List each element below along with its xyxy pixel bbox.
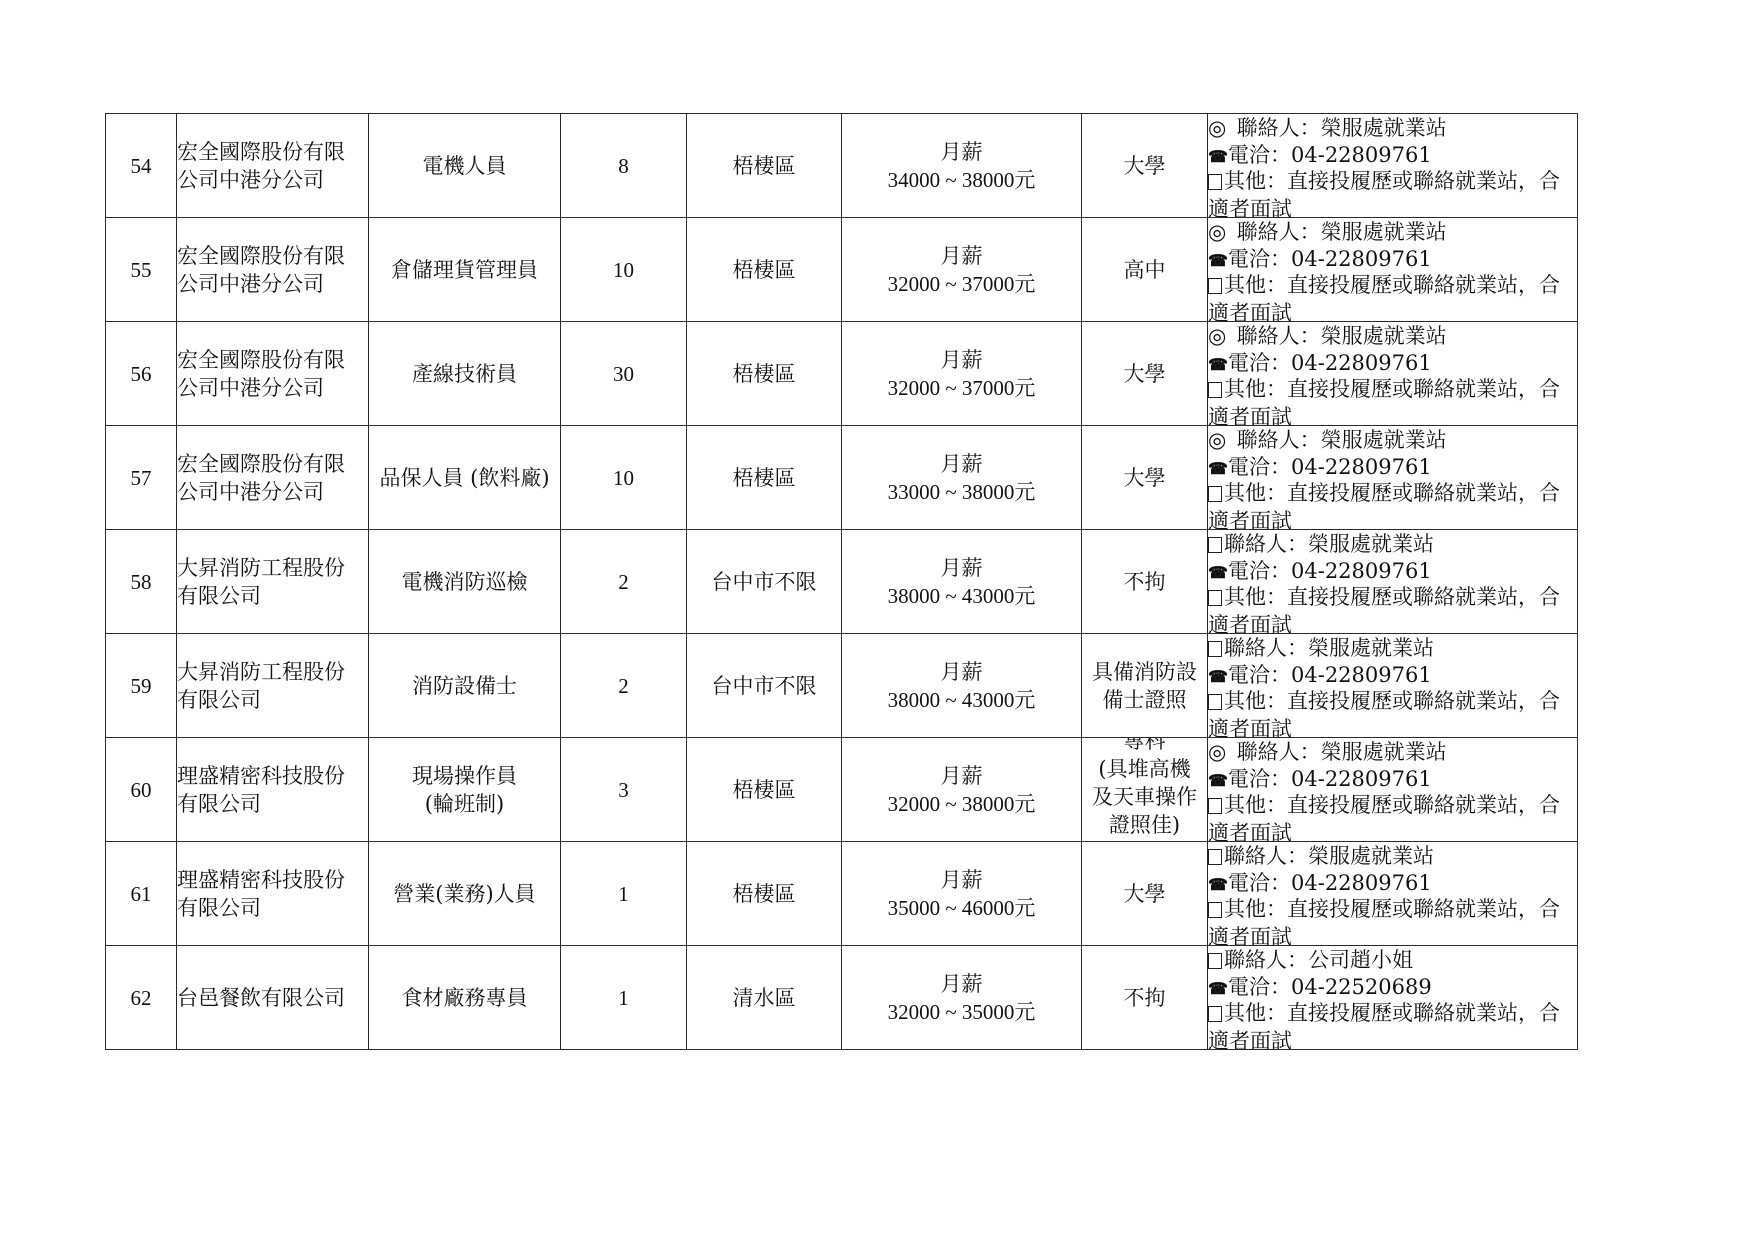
company-name-line: 有限公司 <box>177 686 368 714</box>
contact-person-line: ◎ 聯絡人：榮服處就業站 <box>1208 218 1577 245</box>
salary-range: 32000 ~ 35000元 <box>842 998 1081 1026</box>
salary: 月薪34000 ~ 38000元 <box>842 114 1082 218</box>
phone-line: ☎電洽：04-22809761 <box>1208 869 1577 896</box>
table-body: 54 宏全國際股份有限公司中港分公司 電機人員 8 梧棲區 月薪34000 ~ … <box>106 114 1578 1050</box>
job-title: 消防設備士 <box>369 634 561 738</box>
company-name: 宏全國際股份有限公司中港分公司 <box>177 114 369 218</box>
row-number: 56 <box>106 322 177 426</box>
opening-count: 10 <box>561 426 687 530</box>
job-title-line: 產線技術員 <box>369 360 560 388</box>
other-instructions: 其他：直接投履歷或聯絡就業站，合適者面試 <box>1208 793 1560 841</box>
phone-number: 電洽：04-22809761 <box>1228 351 1432 375</box>
job-listings-table: 54 宏全國際股份有限公司中港分公司 電機人員 8 梧棲區 月薪34000 ~ … <box>105 113 1578 1050</box>
company-name-line: 公司中港分公司 <box>177 270 368 298</box>
other-instructions: 其他：直接投履歷或聯絡就業站，合適者面試 <box>1208 481 1560 529</box>
education-line: 大學 <box>1082 360 1207 388</box>
opening-count: 10 <box>561 218 687 322</box>
education-requirement: 不拘 <box>1082 530 1208 634</box>
job-title: 營業(業務)人員 <box>369 842 561 946</box>
bullseye-icon: ◎ <box>1208 322 1230 349</box>
contact-info: 聯絡人：公司趙小姐☎電洽：04-22520689其他：直接投履歷或聯絡就業站，合… <box>1208 946 1578 1050</box>
work-area: 台中市不限 <box>687 530 842 634</box>
job-title-line: 電機消防巡檢 <box>369 568 560 596</box>
checkbox-icon <box>1208 590 1222 606</box>
contact-person-line: ◎ 聯絡人：榮服處就業站 <box>1208 114 1577 141</box>
phone-icon: ☎ <box>1208 975 1228 1000</box>
table-row: 59 大昇消防工程股份有限公司 消防設備士 2 台中市不限 月薪38000 ~ … <box>106 634 1578 738</box>
salary-label: 月薪 <box>842 242 1081 270</box>
contact-info: ◎ 聯絡人：榮服處就業站☎電洽：04-22809761其他：直接投履歷或聯絡就業… <box>1208 114 1578 218</box>
phone-line: ☎電洽：04-22520689 <box>1208 973 1577 1000</box>
row-number: 55 <box>106 218 177 322</box>
phone-icon: ☎ <box>1208 871 1228 896</box>
checkbox-icon <box>1208 486 1222 502</box>
salary-range: 32000 ~ 37000元 <box>842 374 1081 402</box>
salary: 月薪38000 ~ 43000元 <box>842 634 1082 738</box>
salary: 月薪32000 ~ 35000元 <box>842 946 1082 1050</box>
salary: 月薪38000 ~ 43000元 <box>842 530 1082 634</box>
salary-range: 32000 ~ 37000元 <box>842 270 1081 298</box>
company-name-line: 台邑餐飲有限公司 <box>177 984 368 1012</box>
contact-info: ◎ 聯絡人：榮服處就業站☎電洽：04-22809761其他：直接投履歷或聯絡就業… <box>1208 322 1578 426</box>
phone-number: 電洽：04-22809761 <box>1228 871 1432 895</box>
salary-label: 月薪 <box>842 762 1081 790</box>
contact-info: 聯絡人：榮服處就業站☎電洽：04-22809761其他：直接投履歷或聯絡就業站，… <box>1208 530 1578 634</box>
salary-label: 月薪 <box>842 970 1081 998</box>
contact-info: ◎ 聯絡人：榮服處就業站☎電洽：04-22809761其他：直接投履歷或聯絡就業… <box>1208 426 1578 530</box>
salary: 月薪32000 ~ 37000元 <box>842 322 1082 426</box>
job-title: 電機消防巡檢 <box>369 530 561 634</box>
contact-person-line: ◎ 聯絡人：榮服處就業站 <box>1208 738 1577 765</box>
other-instructions: 其他：直接投履歷或聯絡就業站，合適者面試 <box>1208 689 1560 737</box>
company-name: 大昇消防工程股份有限公司 <box>177 530 369 634</box>
job-title-line: 營業(業務)人員 <box>369 880 560 908</box>
phone-number: 電洽：04-22809761 <box>1228 143 1432 167</box>
other-instructions-line: 其他：直接投履歷或聯絡就業站，合適者面試 <box>1208 375 1577 425</box>
salary-label: 月薪 <box>842 658 1081 686</box>
row-number: 58 <box>106 530 177 634</box>
other-instructions: 其他：直接投履歷或聯絡就業站，合適者面試 <box>1208 377 1560 425</box>
opening-count: 2 <box>561 530 687 634</box>
other-instructions: 其他：直接投履歷或聯絡就業站，合適者面試 <box>1208 1001 1560 1049</box>
contact-person: 聯絡人：榮服處就業站 <box>1230 116 1447 140</box>
row-number: 54 <box>106 114 177 218</box>
other-instructions-line: 其他：直接投履歷或聯絡就業站，合適者面試 <box>1208 583 1577 633</box>
contact-info: ◎ 聯絡人：榮服處就業站☎電洽：04-22809761其他：直接投履歷或聯絡就業… <box>1208 218 1578 322</box>
other-instructions-line: 其他：直接投履歷或聯絡就業站，合適者面試 <box>1208 999 1577 1049</box>
salary-range: 32000 ~ 38000元 <box>842 790 1081 818</box>
table-row: 55 宏全國際股份有限公司中港分公司 倉儲理貨管理員 10 梧棲區 月薪3200… <box>106 218 1578 322</box>
bullseye-icon: ◎ <box>1208 738 1230 765</box>
phone-line: ☎電洽：04-22809761 <box>1208 765 1577 792</box>
phone-line: ☎電洽：04-22809761 <box>1208 141 1577 168</box>
education-line: 不拘 <box>1082 568 1207 596</box>
contact-person-line: ◎ 聯絡人：榮服處就業站 <box>1208 426 1577 453</box>
salary: 月薪32000 ~ 38000元 <box>842 738 1082 842</box>
work-area: 清水區 <box>687 946 842 1050</box>
other-instructions: 其他：直接投履歷或聯絡就業站，合適者面試 <box>1208 169 1560 217</box>
work-area: 台中市不限 <box>687 634 842 738</box>
education-line: (具堆高機 <box>1082 755 1207 783</box>
opening-count: 3 <box>561 738 687 842</box>
work-area: 梧棲區 <box>687 426 842 530</box>
contact-person: 聯絡人：公司趙小姐 <box>1224 948 1413 972</box>
phone-line: ☎電洽：04-22809761 <box>1208 557 1577 584</box>
phone-number: 電洽：04-22809761 <box>1228 559 1432 583</box>
opening-count: 2 <box>561 634 687 738</box>
job-title: 現場操作員(輪班制) <box>369 738 561 842</box>
row-number: 60 <box>106 738 177 842</box>
education-line: 證照佳) <box>1082 811 1207 839</box>
phone-icon: ☎ <box>1208 663 1228 688</box>
education-line: 專科 <box>1082 738 1207 755</box>
salary-label: 月薪 <box>842 346 1081 374</box>
salary-range: 35000 ~ 46000元 <box>842 894 1081 922</box>
contact-person-line: 聯絡人：公司趙小姐 <box>1208 946 1577 973</box>
phone-icon: ☎ <box>1208 455 1228 480</box>
checkbox-icon <box>1208 382 1222 398</box>
other-instructions: 其他：直接投履歷或聯絡就業站，合適者面試 <box>1208 585 1560 633</box>
phone-line: ☎電洽：04-22809761 <box>1208 453 1577 480</box>
other-instructions-line: 其他：直接投履歷或聯絡就業站，合適者面試 <box>1208 895 1577 945</box>
bullseye-icon: ◎ <box>1208 114 1230 141</box>
contact-person: 聯絡人：榮服處就業站 <box>1230 740 1447 764</box>
other-instructions-line: 其他：直接投履歷或聯絡就業站，合適者面試 <box>1208 167 1577 217</box>
company-name-line: 大昇消防工程股份 <box>177 554 368 582</box>
other-instructions: 其他：直接投履歷或聯絡就業站，合適者面試 <box>1208 897 1560 945</box>
table-row: 54 宏全國際股份有限公司中港分公司 電機人員 8 梧棲區 月薪34000 ~ … <box>106 114 1578 218</box>
company-name-line: 有限公司 <box>177 790 368 818</box>
checkbox-icon <box>1208 694 1222 710</box>
job-title-line: 電機人員 <box>369 152 560 180</box>
job-title-line: 現場操作員 <box>369 762 560 790</box>
table-row: 57 宏全國際股份有限公司中港分公司 品保人員 (飲料廠) 10 梧棲區 月薪3… <box>106 426 1578 530</box>
company-name-line: 有限公司 <box>177 894 368 922</box>
education-requirement: 大學 <box>1082 842 1208 946</box>
checkbox-icon <box>1208 641 1222 657</box>
work-area: 梧棲區 <box>687 322 842 426</box>
checkbox-icon <box>1208 174 1222 190</box>
company-name: 台邑餐飲有限公司 <box>177 946 369 1050</box>
other-instructions-line: 其他：直接投履歷或聯絡就業站，合適者面試 <box>1208 271 1577 321</box>
company-name-line: 理盛精密科技股份 <box>177 866 368 894</box>
contact-person: 聯絡人：榮服處就業站 <box>1224 844 1434 868</box>
salary-range: 38000 ~ 43000元 <box>842 582 1081 610</box>
phone-number: 電洽：04-22520689 <box>1228 975 1432 999</box>
education-requirement: 不拘 <box>1082 946 1208 1050</box>
salary-label: 月薪 <box>842 450 1081 478</box>
checkbox-icon <box>1208 1006 1222 1022</box>
company-name: 宏全國際股份有限公司中港分公司 <box>177 218 369 322</box>
company-name: 理盛精密科技股份有限公司 <box>177 842 369 946</box>
other-instructions: 其他：直接投履歷或聯絡就業站，合適者面試 <box>1208 273 1560 321</box>
phone-line: ☎電洽：04-22809761 <box>1208 661 1577 688</box>
table-row: 62 台邑餐飲有限公司 食材廠務專員 1 清水區 月薪32000 ~ 35000… <box>106 946 1578 1050</box>
phone-line: ☎電洽：04-22809761 <box>1208 349 1577 376</box>
checkbox-icon <box>1208 849 1222 865</box>
salary-label: 月薪 <box>842 866 1081 894</box>
company-name-line: 大昇消防工程股份 <box>177 658 368 686</box>
phone-number: 電洽：04-22809761 <box>1228 455 1432 479</box>
education-line: 及天車操作 <box>1082 783 1207 811</box>
education-line: 高中 <box>1082 256 1207 284</box>
company-name-line: 理盛精密科技股份 <box>177 762 368 790</box>
other-instructions-line: 其他：直接投履歷或聯絡就業站，合適者面試 <box>1208 479 1577 529</box>
phone-number: 電洽：04-22809761 <box>1228 767 1432 791</box>
company-name: 宏全國際股份有限公司中港分公司 <box>177 426 369 530</box>
company-name: 理盛精密科技股份有限公司 <box>177 738 369 842</box>
bullseye-icon: ◎ <box>1208 426 1230 453</box>
work-area: 梧棲區 <box>687 842 842 946</box>
contact-info: 聯絡人：榮服處就業站☎電洽：04-22809761其他：直接投履歷或聯絡就業站，… <box>1208 842 1578 946</box>
job-title: 食材廠務專員 <box>369 946 561 1050</box>
other-instructions-line: 其他：直接投履歷或聯絡就業站，合適者面試 <box>1208 791 1577 841</box>
opening-count: 8 <box>561 114 687 218</box>
contact-person-line: 聯絡人：榮服處就業站 <box>1208 842 1577 869</box>
job-title-line: 食材廠務專員 <box>369 984 560 1012</box>
contact-person: 聯絡人：榮服處就業站 <box>1230 220 1447 244</box>
company-name-line: 宏全國際股份有限 <box>177 138 368 166</box>
row-number: 59 <box>106 634 177 738</box>
job-title: 品保人員 (飲料廠) <box>369 426 561 530</box>
contact-person: 聯絡人：榮服處就業站 <box>1230 324 1447 348</box>
education-line: 具備消防設 <box>1082 658 1207 686</box>
education-line: 大學 <box>1082 464 1207 492</box>
contact-info: 聯絡人：榮服處就業站☎電洽：04-22809761其他：直接投履歷或聯絡就業站，… <box>1208 634 1578 738</box>
phone-icon: ☎ <box>1208 143 1228 168</box>
job-title: 倉儲理貨管理員 <box>369 218 561 322</box>
salary-range: 34000 ~ 38000元 <box>842 166 1081 194</box>
salary-range: 33000 ~ 38000元 <box>842 478 1081 506</box>
job-title-line: 品保人員 (飲料廠) <box>369 464 560 492</box>
job-title-line: 消防設備士 <box>369 672 560 700</box>
checkbox-icon <box>1208 537 1222 553</box>
table-row: 56 宏全國際股份有限公司中港分公司 產線技術員 30 梧棲區 月薪32000 … <box>106 322 1578 426</box>
salary: 月薪33000 ~ 38000元 <box>842 426 1082 530</box>
education-requirement: 大學 <box>1082 114 1208 218</box>
company-name-line: 宏全國際股份有限 <box>177 450 368 478</box>
salary: 月薪35000 ~ 46000元 <box>842 842 1082 946</box>
work-area: 梧棲區 <box>687 114 842 218</box>
row-number: 61 <box>106 842 177 946</box>
job-title-line: 倉儲理貨管理員 <box>369 256 560 284</box>
contact-info: ◎ 聯絡人：榮服處就業站☎電洽：04-22809761其他：直接投履歷或聯絡就業… <box>1208 738 1578 842</box>
company-name-line: 公司中港分公司 <box>177 478 368 506</box>
salary: 月薪32000 ~ 37000元 <box>842 218 1082 322</box>
table-row: 61 理盛精密科技股份有限公司 營業(業務)人員 1 梧棲區 月薪35000 ~… <box>106 842 1578 946</box>
phone-icon: ☎ <box>1208 559 1228 584</box>
table-row: 60 理盛精密科技股份有限公司 現場操作員(輪班制) 3 梧棲區 月薪32000… <box>106 738 1578 842</box>
checkbox-icon <box>1208 902 1222 918</box>
education-line: 大學 <box>1082 152 1207 180</box>
education-line: 大學 <box>1082 880 1207 908</box>
table-row: 58 大昇消防工程股份有限公司 電機消防巡檢 2 台中市不限 月薪38000 ~… <box>106 530 1578 634</box>
opening-count: 1 <box>561 842 687 946</box>
company-name-line: 有限公司 <box>177 582 368 610</box>
opening-count: 30 <box>561 322 687 426</box>
opening-count: 1 <box>561 946 687 1050</box>
work-area: 梧棲區 <box>687 218 842 322</box>
bullseye-icon: ◎ <box>1208 218 1230 245</box>
education-line: 不拘 <box>1082 984 1207 1012</box>
education-requirement: 大學 <box>1082 322 1208 426</box>
education-requirement: 大學 <box>1082 426 1208 530</box>
phone-line: ☎電洽：04-22809761 <box>1208 245 1577 272</box>
contact-person: 聯絡人：榮服處就業站 <box>1230 428 1447 452</box>
work-area: 梧棲區 <box>687 738 842 842</box>
education-requirement: 專科(具堆高機及天車操作證照佳) <box>1082 738 1208 842</box>
job-title-line: (輪班制) <box>369 790 560 818</box>
contact-person: 聯絡人：榮服處就業站 <box>1224 532 1434 556</box>
education-requirement: 高中 <box>1082 218 1208 322</box>
company-name-line: 公司中港分公司 <box>177 166 368 194</box>
row-number: 62 <box>106 946 177 1050</box>
job-title: 產線技術員 <box>369 322 561 426</box>
phone-icon: ☎ <box>1208 351 1228 376</box>
company-name-line: 公司中港分公司 <box>177 374 368 402</box>
salary-range: 38000 ~ 43000元 <box>842 686 1081 714</box>
contact-person: 聯絡人：榮服處就業站 <box>1224 636 1434 660</box>
job-title: 電機人員 <box>369 114 561 218</box>
company-name-line: 宏全國際股份有限 <box>177 242 368 270</box>
checkbox-icon <box>1208 278 1222 294</box>
contact-person-line: ◎ 聯絡人：榮服處就業站 <box>1208 322 1577 349</box>
row-number: 57 <box>106 426 177 530</box>
company-name-line: 宏全國際股份有限 <box>177 346 368 374</box>
phone-icon: ☎ <box>1208 247 1228 272</box>
salary-label: 月薪 <box>842 138 1081 166</box>
education-requirement: 具備消防設備士證照 <box>1082 634 1208 738</box>
checkbox-icon <box>1208 798 1222 814</box>
company-name: 大昇消防工程股份有限公司 <box>177 634 369 738</box>
salary-label: 月薪 <box>842 554 1081 582</box>
education-line: 備士證照 <box>1082 686 1207 714</box>
phone-icon: ☎ <box>1208 767 1228 792</box>
contact-person-line: 聯絡人：榮服處就業站 <box>1208 530 1577 557</box>
checkbox-icon <box>1208 953 1222 969</box>
other-instructions-line: 其他：直接投履歷或聯絡就業站，合適者面試 <box>1208 687 1577 737</box>
contact-person-line: 聯絡人：榮服處就業站 <box>1208 634 1577 661</box>
company-name: 宏全國際股份有限公司中港分公司 <box>177 322 369 426</box>
phone-number: 電洽：04-22809761 <box>1228 247 1432 271</box>
phone-number: 電洽：04-22809761 <box>1228 663 1432 687</box>
